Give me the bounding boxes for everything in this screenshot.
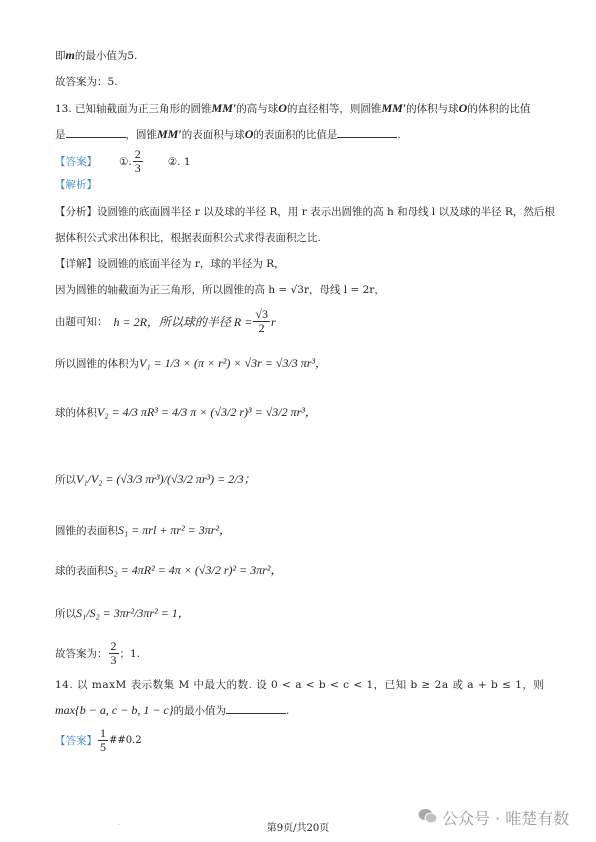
answer-blank <box>66 127 126 138</box>
analysis-label: 【解析】 <box>55 178 97 192</box>
text: . <box>286 705 289 717</box>
step-6: 圆锥的表面积S₁ = πrl + πr² = 3πr²， <box>55 523 231 538</box>
text: 故答案为： <box>55 647 108 661</box>
text: ，圆锥 <box>126 129 158 141</box>
text: 所以圆锥的体积为 <box>55 358 139 370</box>
fenxi-line1: 【分析】设圆锥的底面圆半径 r 以及球的半径 R，用 r 表示出圆锥的高 h 和… <box>55 205 555 219</box>
question-13-line2: 是，圆锥MM′的表面积与球O的表面积的比值是. <box>55 127 401 142</box>
step-2: 由题可知： h = 2R，所以球的半径 R = √32 r <box>55 308 276 335</box>
answer-blank <box>226 703 286 714</box>
step-1: 因为圆锥的轴截面为正三角形，所以圆锥的高 h = √3r，母线 l = 2r， <box>55 283 385 297</box>
text: 的表面积与球 <box>182 129 245 141</box>
numerator: 1 <box>98 727 108 741</box>
denominator: 3 <box>133 162 143 175</box>
fenxi-line2: 据体积公式求出体积比，根据表面积公式求得表面积之比. <box>55 231 321 245</box>
answer-2: ②. 1 <box>168 155 191 169</box>
math: S₁/S₂ = 3πr²/3πr² = 1， <box>76 606 190 620</box>
step-4: 球的体积V₂ = 4/3 πR³ = 4/3 π × (√3/2 r)³ = √… <box>55 405 317 420</box>
numerator: 2 <box>133 148 143 162</box>
question-14-line1: 14. 以 maxM 表示数集 M 中最大的数. 设 0 < a < b < c… <box>55 678 544 692</box>
math-var: MM′ <box>212 101 237 115</box>
text-line-answer: 故答案为：5. <box>55 75 118 89</box>
math: V₁/V₂ = (√3/3 πr³)/(√3/2 πr³) = 2/3； <box>76 472 256 486</box>
fenxi-label: 【分析】 <box>55 206 97 218</box>
text: 所以 <box>55 608 76 620</box>
math: r <box>271 315 276 329</box>
math-var: m <box>66 48 75 62</box>
text: 的高与球 <box>236 103 278 115</box>
math: V₂ = 4/3 πR³ = 4/3 π × (√3/2 r)³ = √3/2 … <box>97 405 317 419</box>
math: S₁ = πrl + πr² = 3πr²， <box>118 523 231 537</box>
watermark: 公众号 · 唯楚有数 <box>418 806 569 829</box>
text: 设圆锥的底面圆半径 r 以及球的半径 R，用 r 表示出圆锥的高 h 和母线 l… <box>97 206 555 218</box>
denominator: 2 <box>257 322 267 335</box>
fraction: √32 <box>253 308 270 335</box>
text: 13. 已知轴截面为正三角形的圆锥 <box>55 103 212 115</box>
text: 设圆锥的底面半径为 r，球的半径为 R， <box>97 258 285 270</box>
answer-line: 【答案】 ①. 23 ②. 1 <box>55 148 191 175</box>
math: h = 2R，所以球的半径 R = <box>114 315 253 329</box>
text: 的表面积的比值是 <box>253 129 337 141</box>
xiangjie-line: 【详解】设圆锥的底面半径为 r，球的半径为 R， <box>55 257 285 271</box>
question-14-line2: max{b − a, c − b, 1 − c}的最小值为. <box>55 703 289 718</box>
final-answer: 故答案为： 23 ；1. <box>55 640 140 667</box>
text-line-conclusion: 即m的最小值为5. <box>55 48 137 63</box>
answer-14-line: 【答案】 15 ##0.2 <box>55 727 142 754</box>
text: 球的表面积 <box>55 565 108 577</box>
text: 球的体积 <box>55 407 97 419</box>
math: max{b − a, c − b, 1 − c} <box>55 703 174 717</box>
fraction: 15 <box>98 727 108 754</box>
text: ##0.2 <box>109 734 142 748</box>
text: 即 <box>55 50 66 62</box>
numerator: 2 <box>109 640 119 654</box>
answer-blank <box>337 127 397 138</box>
math: S₂ = 4πR² = 4π × (√3/2 r)² = 3πr²， <box>108 563 283 577</box>
text: 的最小值为5. <box>75 50 138 62</box>
math: V₁ = 1/3 × (π × r²) × √3r = √3/3 πr³， <box>139 356 327 370</box>
math-var: MM′ <box>157 127 182 141</box>
text: 由题可知： <box>55 315 108 329</box>
text: 圆锥的表面积 <box>55 525 118 537</box>
answer-1-label: ①. <box>119 155 132 169</box>
xiangjie-label: 【详解】 <box>55 258 97 270</box>
denominator: 5 <box>98 741 108 754</box>
text: 的体积与球 <box>406 103 459 115</box>
text: 的最小值为 <box>174 705 227 717</box>
denominator: 3 <box>109 654 119 667</box>
text: . <box>397 129 400 141</box>
text: 的体积的比值 <box>467 103 530 115</box>
text: 是 <box>55 129 66 141</box>
numerator: √3 <box>253 308 270 322</box>
question-13-line1: 13. 已知轴截面为正三角形的圆锥MM′的高与球O的直径相等，则圆锥MM′的体积… <box>55 101 530 116</box>
math-var: O <box>278 101 287 115</box>
text: ；1. <box>120 647 141 661</box>
text: 所以 <box>55 474 76 486</box>
fraction: 23 <box>109 640 119 667</box>
text: 的直径相等，则圆锥 <box>287 103 382 115</box>
step-3: 所以圆锥的体积为V₁ = 1/3 × (π × r²) × √3r = √3/3… <box>55 356 327 371</box>
wechat-icon <box>418 808 438 828</box>
step-8: 所以S₁/S₂ = 3πr²/3πr² = 1， <box>55 606 190 621</box>
fraction: 23 <box>133 148 143 175</box>
step-7: 球的表面积S₂ = 4πR² = 4π × (√3/2 r)² = 3πr²， <box>55 563 282 578</box>
answer-label: 【答案】 <box>55 734 97 748</box>
answer-label: 【答案】 <box>55 155 97 169</box>
math-var: MM′ <box>381 101 406 115</box>
step-5: 所以V₁/V₂ = (√3/3 πr³)/(√3/2 πr³) = 2/3； <box>55 472 256 487</box>
watermark-text: 公众号 · 唯楚有数 <box>442 806 569 829</box>
